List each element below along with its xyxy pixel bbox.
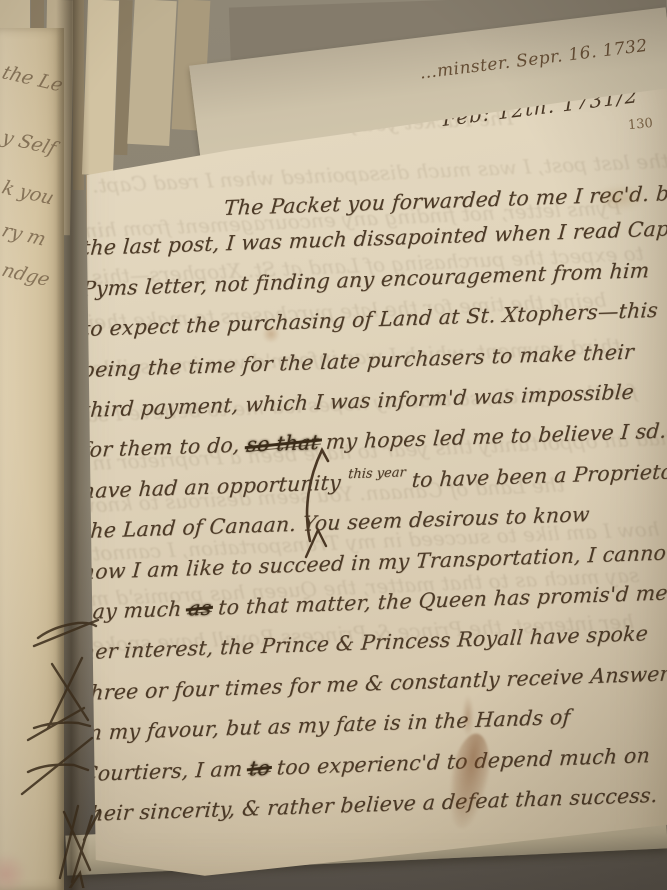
line-text: to have been a Proprietor in xyxy=(404,458,667,492)
previous-page-text-fragment: ry m xyxy=(0,220,49,251)
page-edge-strip xyxy=(127,0,177,146)
manuscript-line: her interest, the Prince & Princess Roya… xyxy=(81,622,649,665)
line-text: too experienc'd to depend much on xyxy=(269,743,651,780)
line-text: say much xyxy=(81,596,189,624)
line-text: being the time for the late purchasers t… xyxy=(81,339,635,381)
manuscript-line: third payment, which I was inform'd was … xyxy=(81,380,635,422)
struck-out-text: to xyxy=(248,755,271,780)
line-text: how I am like to succeed in my Transport… xyxy=(81,540,667,584)
line-text: their sincerity, & rather believe a defe… xyxy=(81,783,658,826)
manuscript-line: how I am like to succeed in my Transport… xyxy=(81,540,667,584)
line-text: her interest, the Prince & Princess Roya… xyxy=(81,622,649,665)
previous-page-text-fragment: the Le xyxy=(0,62,66,97)
folio-number: 130 xyxy=(627,116,653,133)
line-text: to that matter, the Queen has promis'd m… xyxy=(211,581,667,620)
line-text: the last post, I was much dissapointed w… xyxy=(81,216,667,260)
manuscript-photo: the Ley Selfk youry mndge …minster. Sepr… xyxy=(0,0,667,890)
line-text: The Packet you forwarded to me I rec'd. … xyxy=(223,181,667,220)
ruled-margin-line xyxy=(86,167,87,863)
manuscript-line: Pyms letter, not finding any encourageme… xyxy=(81,258,650,301)
line-text: three or four times for me & constantly … xyxy=(81,661,667,705)
pen-flourish xyxy=(286,437,356,567)
line-text: to expect the purchasing of Land at St. … xyxy=(81,298,659,341)
manuscript-line: in my favour, but as my fate is in the H… xyxy=(81,705,571,745)
line-text: third payment, which I was inform'd was … xyxy=(81,380,635,422)
back-sheet-date: …minster. Sepr. 16. 1732 xyxy=(419,36,649,84)
letter-body: The Packet you forwarded to me I rec'd. … xyxy=(82,196,666,876)
manuscript-line: The Packet you forwarded to me I rec'd. … xyxy=(223,181,667,220)
manuscript-line: their sincerity, & rather believe a defe… xyxy=(81,783,658,826)
manuscript-line: to expect the purchasing of Land at St. … xyxy=(81,298,659,341)
manuscript-line: for them to do, so that my hopes led me … xyxy=(81,419,667,462)
line-text: in my favour, but as my fate is in the H… xyxy=(81,705,571,745)
interlinear-insertion: this year xyxy=(348,465,407,482)
line-text: Pyms letter, not finding any encourageme… xyxy=(81,258,650,301)
manuscript-line: the last post, I was much dissapointed w… xyxy=(81,216,667,260)
previous-page-edge: the Ley Selfk youry mndge xyxy=(0,28,64,890)
manuscript-line: being the time for the late purchasers t… xyxy=(81,339,635,381)
line-text: for them to do, xyxy=(81,433,247,463)
previous-page-text-fragment: ndge xyxy=(0,259,53,291)
manuscript-line: three or four times for me & constantly … xyxy=(81,661,667,705)
line-text: Courtiers, I am xyxy=(81,756,250,786)
manuscript-line: say much as to that matter, the Queen ha… xyxy=(81,581,667,625)
struck-out-text: as xyxy=(188,596,213,621)
line-text: my hopes led me to believe I sd. xyxy=(318,419,667,455)
previous-page-text-fragment: y Self xyxy=(0,126,59,159)
manuscript-line: Courtiers, I am to too experienc'd to de… xyxy=(81,743,651,786)
letter-page: The Packet you forwarded to me I rec'd. … xyxy=(58,55,667,890)
previous-page-text-fragment: k you xyxy=(0,177,57,210)
manuscript-line: have had an opportunity this year to hav… xyxy=(81,458,667,503)
